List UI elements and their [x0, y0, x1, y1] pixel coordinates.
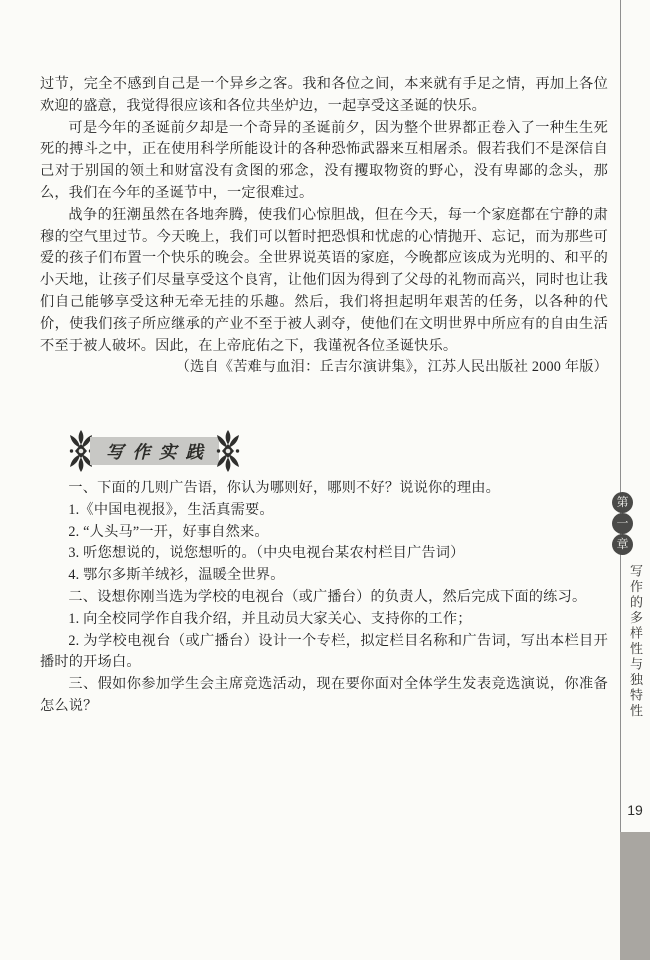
chapter-badge: 章	[612, 534, 633, 555]
speech-paragraph: 过节，完全不感到自己是一个异乡之客。我和各位之间，本来就有手足之情，再加上各位欢…	[40, 74, 608, 118]
speech-text-block: 过节，完全不感到自己是一个异乡之客。我和各位之间，本来就有手足之情，再加上各位欢…	[40, 74, 608, 379]
chapter-badge: 第	[612, 492, 633, 513]
exercise-item: 一、下面的几则广告语，你认为哪则好，哪则不好？说说你的理由。	[40, 478, 608, 500]
page-corner-block	[620, 832, 650, 960]
page-number: 19	[620, 802, 650, 818]
speech-paragraph: 战争的狂潮虽然在各地奔腾，使我们心惊胆战，但在今天，每一个家庭都在宁静的肃穆的空…	[40, 205, 608, 358]
exercise-item: 2. 为学校电视台（或广播台）设计一个专栏，拟定栏目名称和广告词，写出本栏目开播…	[40, 631, 608, 675]
chapter-badge: 一	[612, 513, 633, 534]
exercise-item: 二、设想你刚当选为学校的电视台（或广播台）的负责人，然后完成下面的练习。	[40, 587, 608, 609]
exercise-item: 2. “人头马”一开，好事自然来。	[40, 522, 608, 544]
chapter-marker: 第 一 章	[612, 492, 633, 555]
exercise-item: 1. 向全校同学作自我介绍，并且动员大家关心、支持你的工作；	[40, 609, 608, 631]
floral-ornament-right-icon	[215, 430, 241, 472]
exercise-item: 三、假如你参加学生会主席竞选活动，现在要你面对全体学生发表竞选演说，你准备怎么说…	[40, 674, 608, 718]
exercise-item: 3. 听您想说的，说您想听的。（中央电视台某农村栏目广告词）	[40, 543, 608, 565]
exercise-item: 4. 鄂尔多斯羊绒衫，温暖全世界。	[40, 565, 608, 587]
exercise-item: 1.《中国电视报》，生活真需要。	[40, 500, 608, 522]
exercise-list: 一、下面的几则广告语，你认为哪则好，哪则不好？说说你的理由。 1.《中国电视报》…	[40, 478, 608, 718]
speech-paragraph: 可是今年的圣诞前夕却是一个奇异的圣诞前夕，因为整个世界都正卷入了一种生生死死的搏…	[40, 118, 608, 205]
source-attribution: （选自《苦难与血泪：丘吉尔演讲集》，江苏人民出版社 2000 年版）	[40, 357, 608, 379]
banner-title: 写作实践	[106, 439, 212, 464]
writing-practice-banner: 写作实践	[68, 429, 241, 473]
banner-band: 写作实践	[90, 437, 219, 465]
chapter-title-vertical: 写作的多样性与独特性	[626, 564, 645, 719]
book-page: { "document": { "speech": { "paragraphs"…	[0, 0, 650, 960]
